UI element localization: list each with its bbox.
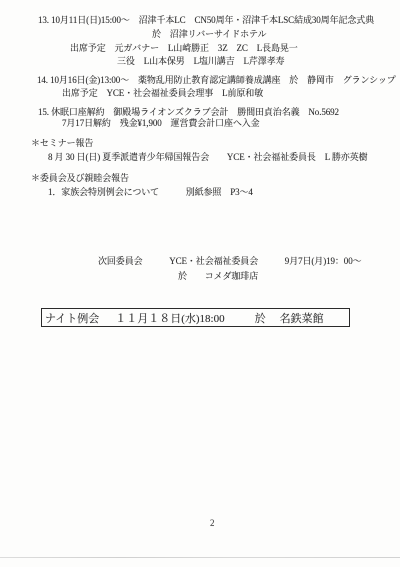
item-13-line-1: 13. 10月11日(日)15:00～ 沼津千本LC CN50周年・沼津千本LS… xyxy=(38,15,374,26)
next-meeting-line-2: 於 コメダ珈琲店 xyxy=(178,271,258,282)
item-14-line-2: 出席予定 YCE・社会福祉委員会理事 L前原和敏 xyxy=(62,88,263,99)
seminar-report-heading: ＊セミナー報告 xyxy=(31,138,93,149)
night-meeting-venue: 名鉄菜館 xyxy=(280,310,324,326)
next-meeting-line-1: 次回委員会 YCE・社会福祉委員会 9月7日(月)19：00～ xyxy=(98,256,362,267)
seminar-report-line: 8 月 30 日(日) 夏季派遣青少年帰国報告会 YCE・社会福祉委員長 L 勝… xyxy=(48,152,368,163)
item-14-line-1: 14. 10月16日(金)13:00～ 薬物乱用防止教育認定講師養成講座 於 静… xyxy=(37,75,396,86)
committee-report-line: 1．家族会特別例会について 別紙参照 P3～4 xyxy=(48,187,253,198)
item-15-line-2: 7月17日解約 残金¥1,900 運営費会計口座へ入金 xyxy=(62,118,260,129)
night-meeting-label: ナイト例会 xyxy=(45,310,99,326)
item-13-line-2: 於 沼津リバーサイドホテル xyxy=(152,29,266,40)
item-13-line-4: 三役 L山本保男 L塩川講吉 L芹澤孝寿 xyxy=(117,56,285,67)
item-15-line-1: 15. 休眠口座解約 御殿場ライオンズクラブ会計 勝間田貞治名義 No.5692 xyxy=(38,107,339,118)
night-meeting-at-label: 於 xyxy=(255,310,266,326)
document-page: 13. 10月11日(日)15:00～ 沼津千本LC CN50周年・沼津千本LS… xyxy=(0,0,400,567)
night-meeting-box: ナイト例会 １１月１８日(水)18:00 於 名鉄菜館 xyxy=(41,308,350,327)
committee-report-heading: ＊委員会及び親睦会報告 xyxy=(31,173,129,184)
page-number: 2 xyxy=(210,518,214,529)
night-meeting-datetime: １１月１８日(水)18:00 xyxy=(115,310,224,326)
item-13-line-3: 出席予定 元ガバナー L山崎勝正 3Z ZC L長島晃一 xyxy=(70,43,298,54)
scan-artifact-line xyxy=(0,557,400,558)
